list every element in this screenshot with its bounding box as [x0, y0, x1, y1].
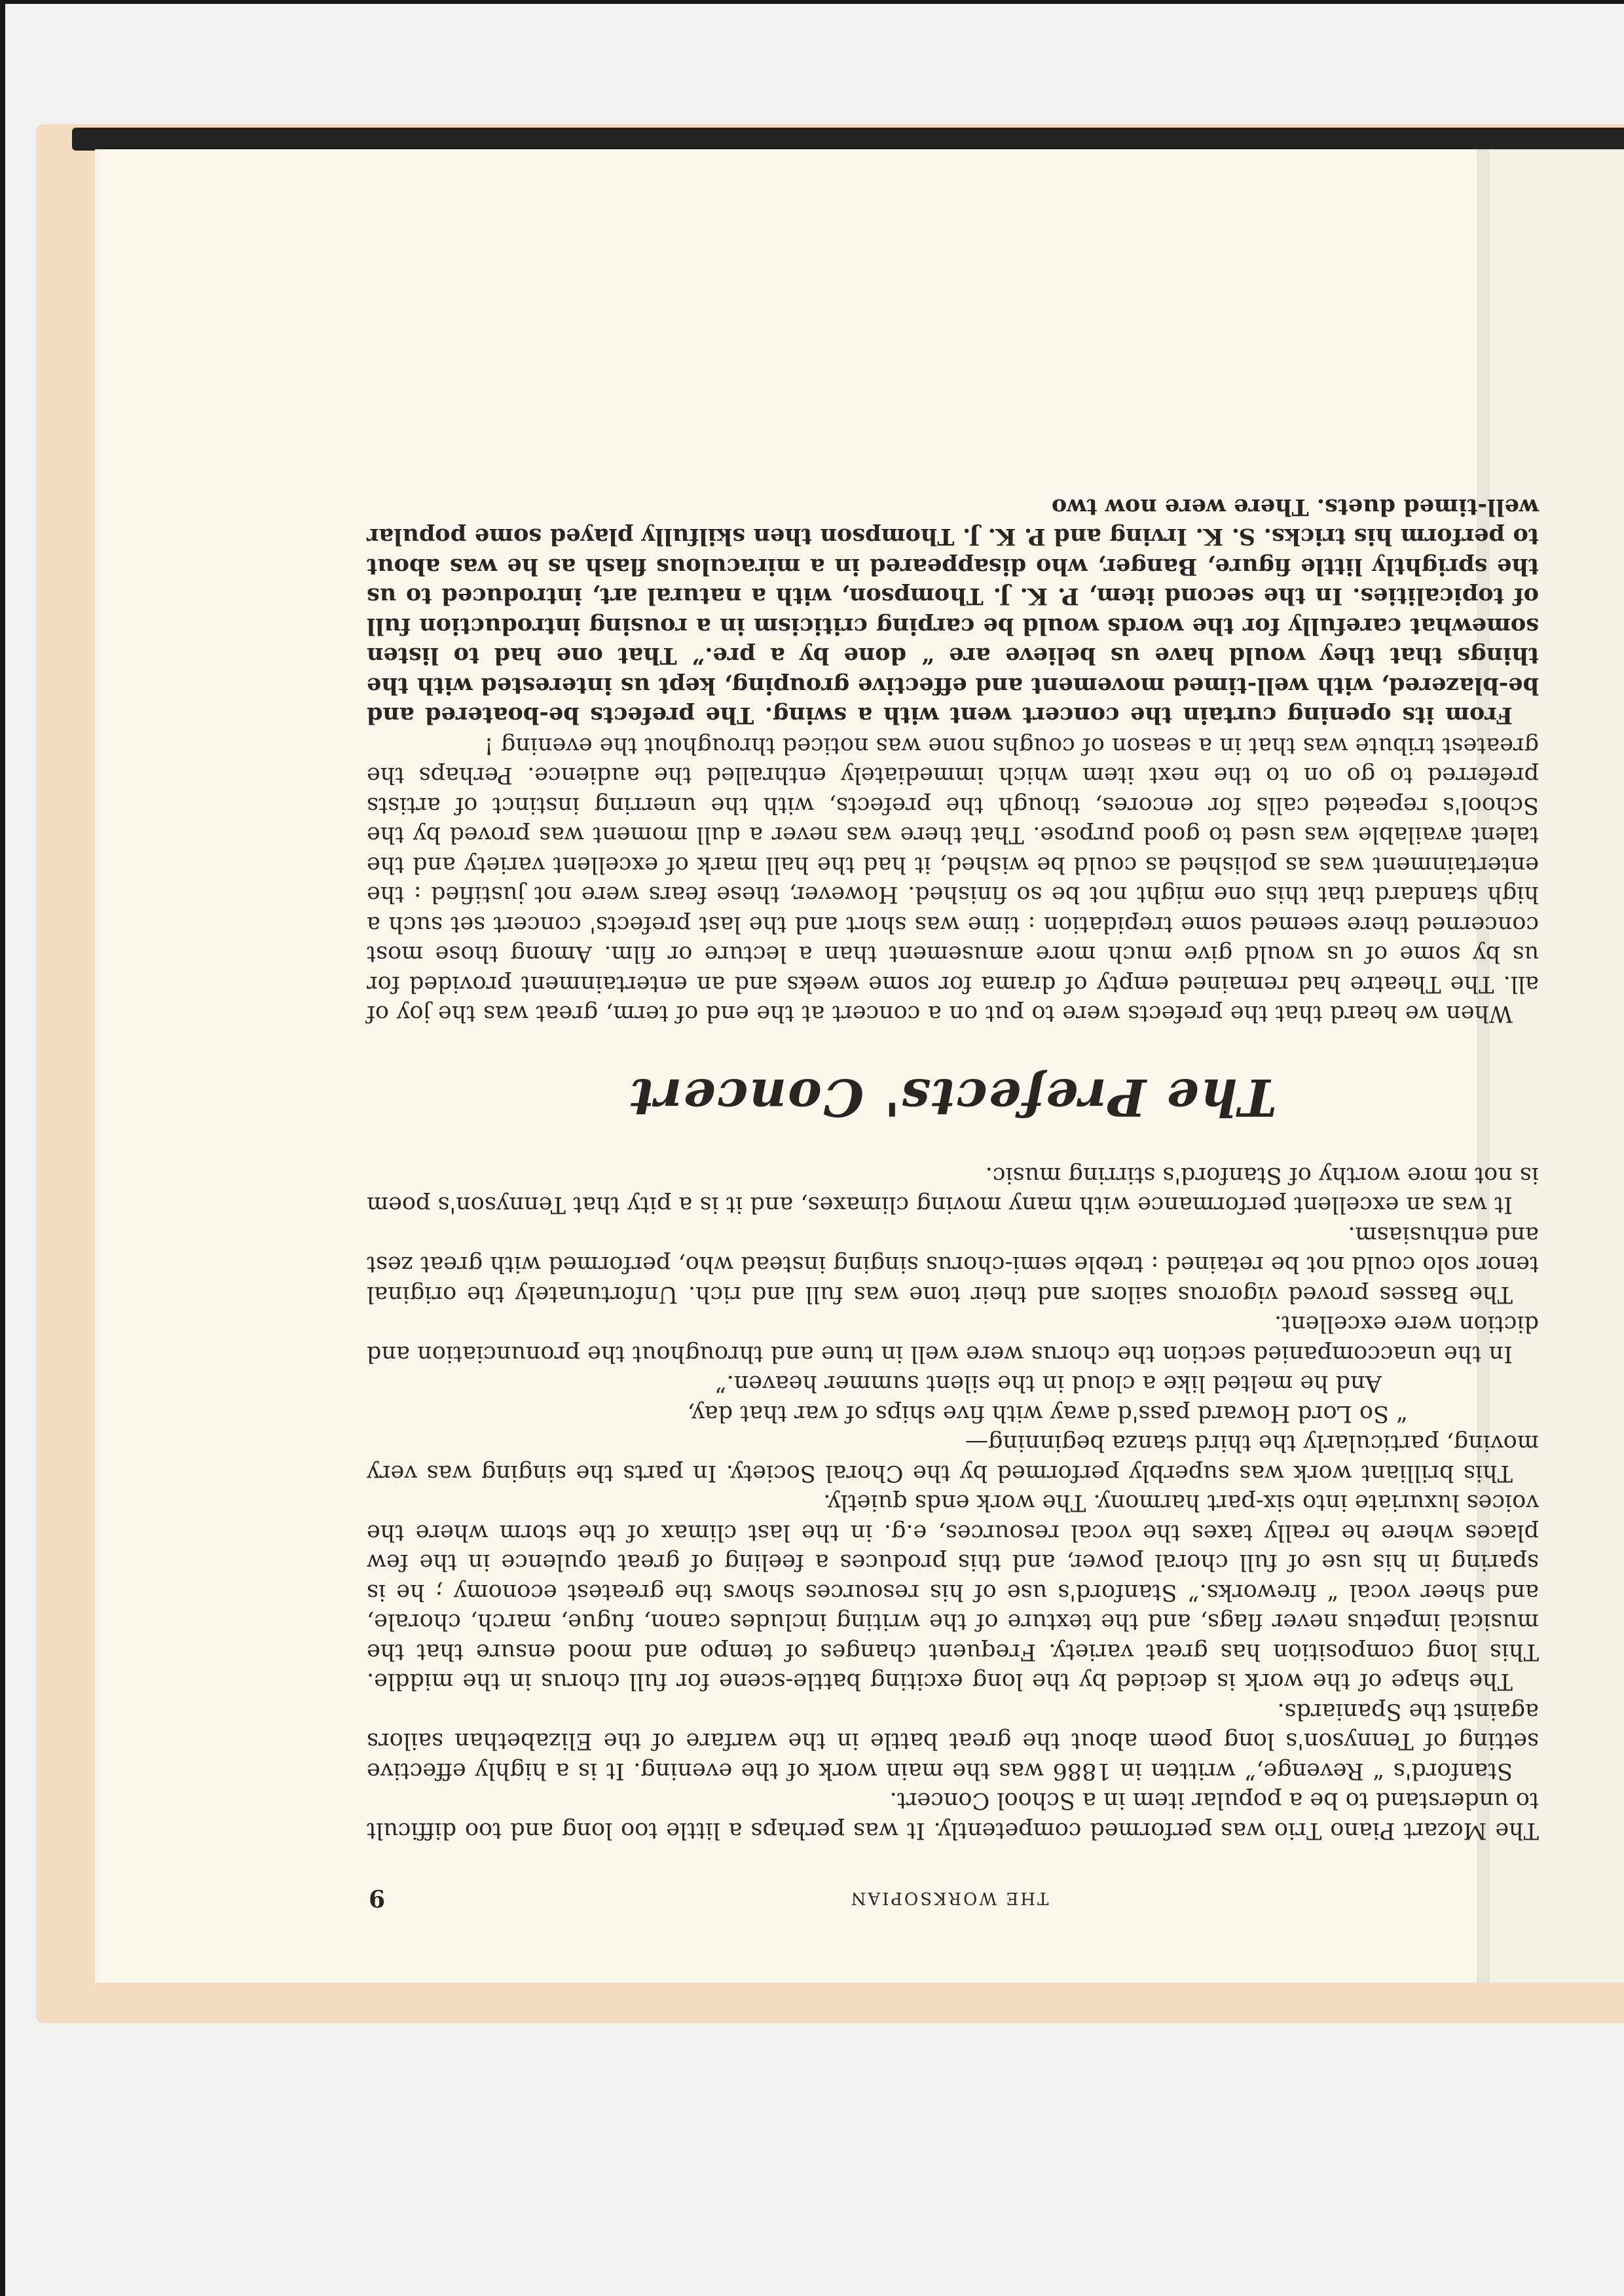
page-number: 9 — [367, 1884, 385, 1912]
verse-line: And he melted like a cloud in the silent… — [367, 1368, 1382, 1398]
paragraph: From its opening curtain the concert wen… — [367, 492, 1539, 731]
paragraph: The shape of the work is decided by the … — [367, 1487, 1539, 1696]
paragraph: This brilliant work was superbly perform… — [367, 1428, 1539, 1487]
paragraph: In the unaccompanied section the chorus … — [367, 1309, 1539, 1368]
section-heading: The Prefects' Concert — [367, 1068, 1539, 1127]
page-content: THE WORKSOPIAN 9 The Mozart Piano Trio w… — [367, 367, 1539, 1912]
book-spine-edge — [72, 128, 1624, 151]
verse-line: “ So Lord Howard pass'd away with five s… — [367, 1398, 1408, 1429]
paragraph: The Mozart Piano Trio was performed comp… — [367, 1785, 1539, 1845]
paragraph: It was an excellent performance with man… — [367, 1160, 1539, 1220]
publication-title: THE WORKSOPIAN — [385, 1888, 1513, 1908]
paragraph: Stanford's “ Revenge,” written in 1886 w… — [367, 1696, 1539, 1786]
paragraph: The Basses proved vigorous sailors and t… — [367, 1220, 1539, 1309]
running-head: THE WORKSOPIAN 9 — [367, 1884, 1539, 1912]
paragraph: When we heard that the prefects were to … — [367, 731, 1539, 1029]
